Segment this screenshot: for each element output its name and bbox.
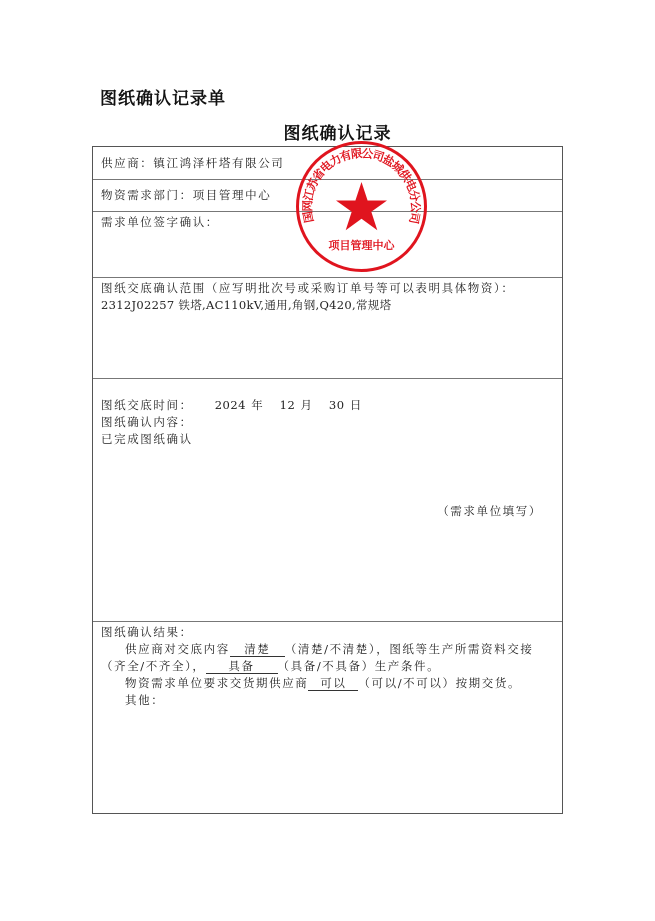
year-unit: 年: [251, 398, 264, 412]
handover-time-label: 图纸交底时间：: [101, 398, 193, 412]
day-value: 30: [329, 398, 345, 412]
delivery-suffix: （可以/不可以）按期交货。: [358, 676, 521, 690]
result-label: 图纸确认结果：: [101, 624, 554, 641]
scope-row: 图纸交底确认范围（应写明批次号或采购订单号等可以表明具体物资）： 2312J02…: [93, 278, 562, 379]
department-value: 项目管理中心: [193, 188, 272, 202]
content-label: 图纸确认内容：: [101, 414, 554, 431]
official-seal-stamp: 国网江苏省电力有限公司盐城供电分公司 项目管理中心: [294, 139, 429, 274]
handover-time-line: 图纸交底时间：2024 年 12 月 30 日: [101, 397, 554, 414]
day-unit: 日: [350, 398, 363, 412]
clarity-suffix: （清楚/不清楚），图纸等生产所需资料交接: [285, 642, 534, 656]
month-unit: 月: [301, 398, 314, 412]
year-value: 2024: [215, 398, 246, 412]
result-line-3: 物资需求单位要求交货期供应商可以（可以/不可以）按期交货。: [101, 675, 554, 692]
clarity-prefix: 供应商对交底内容: [125, 642, 230, 656]
supplier-value: 镇江鸿泽杆塔有限公司: [153, 156, 284, 170]
result-line-1: 供应商对交底内容清楚（清楚/不清楚），图纸等生产所需资料交接: [101, 641, 554, 658]
stamp-center-text: 项目管理中心: [329, 238, 396, 252]
conditions-value: 具备: [206, 659, 278, 674]
conditions-suffix: （具备/不具备）生产条件。: [278, 659, 441, 673]
delivery-prefix: 物资需求单位要求交货期供应商: [125, 676, 308, 690]
document-heading: 图纸确认记录单: [100, 84, 226, 109]
fill-by-note: （需求单位填写）: [437, 503, 542, 520]
scope-label: 图纸交底确认范围（应写明批次号或采购订单号等可以表明具体物资）：: [101, 280, 554, 297]
scope-value: 2312J02257 铁塔,AC110kV,通用,角钢,Q420,常规塔: [101, 297, 554, 314]
other-label: 其他：: [101, 692, 554, 709]
department-label: 物资需求部门：: [101, 188, 193, 202]
clarity-value: 清楚: [230, 642, 285, 657]
star-icon: [336, 182, 387, 230]
result-line-2: （齐全/不齐全），具备（具备/不具备）生产条件。: [101, 658, 554, 675]
signature-label: 需求单位签字确认：: [101, 215, 219, 229]
completeness-options: （齐全/不齐全），: [101, 659, 206, 673]
month-value: 12: [280, 398, 296, 412]
content-value: 已完成图纸确认: [101, 431, 554, 448]
confirmation-row: 图纸交底时间：2024 年 12 月 30 日 图纸确认内容： 已完成图纸确认 …: [93, 379, 562, 622]
supplier-label: 供应商：: [101, 156, 153, 170]
result-row: 图纸确认结果： 供应商对交底内容清楚（清楚/不清楚），图纸等生产所需资料交接 （…: [93, 622, 562, 815]
delivery-value: 可以: [308, 676, 358, 691]
